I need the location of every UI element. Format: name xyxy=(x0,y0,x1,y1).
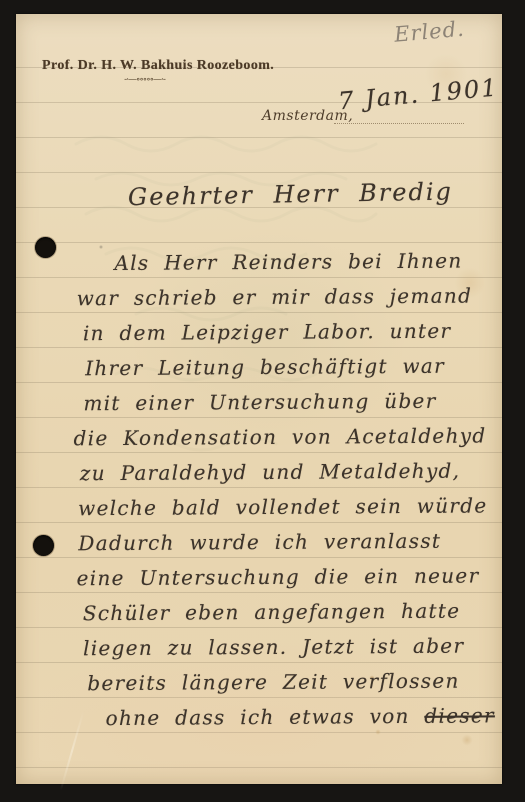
body-line: Dadurch wurde ich veranlasst xyxy=(78,523,502,561)
letterhead-ornament: -·—∘∘∘∘∘—·- xyxy=(92,75,197,85)
body-line: eine Untersuchung die ein neuer xyxy=(76,558,502,596)
body-line-with-strikethrough: ohne dass ich etwas von dieser xyxy=(105,698,503,736)
body-line: mit einer Untersuchung über xyxy=(83,383,501,421)
struck-word: dieser xyxy=(424,703,495,727)
body-line: welche bald vollendet sein würde xyxy=(78,488,502,526)
body-line: zu Paraldehyd und Metaldehyd, xyxy=(80,453,502,491)
body-line: Ihrer Leitung beschäftigt war xyxy=(85,348,501,386)
salutation: Geehrter Herr Bredig xyxy=(128,177,488,211)
pencil-annotation: Erled. xyxy=(393,13,505,46)
letterhead-name: Prof. Dr. H. W. Bakhuis Roozeboom. xyxy=(42,58,274,74)
letter-page: Erled. Prof. Dr. H. W. Bakhuis Roozeboom… xyxy=(16,14,502,784)
body-line: bereits längere Zeit verflossen xyxy=(87,663,503,701)
letter-body: Als Herr Reinders bei Ihnen war schrieb … xyxy=(14,243,503,736)
body-line: in dem Leipziger Labor. unter xyxy=(83,313,501,351)
scanned-letter-screenshot: { "colors": { "background": "#171513", "… xyxy=(0,0,525,802)
body-line: liegen zu lassen. Jetzt ist aber xyxy=(83,628,503,666)
body-line-text: ohne dass ich etwas von xyxy=(106,704,410,730)
body-line: Als Herr Reinders bei Ihnen xyxy=(114,243,500,281)
body-line: die Kondensation von Acetaldehyd xyxy=(74,418,502,456)
body-line: Schüler eben angefangen hatte xyxy=(83,593,503,631)
body-line: war schrieb er mir dass jemand xyxy=(77,278,501,316)
